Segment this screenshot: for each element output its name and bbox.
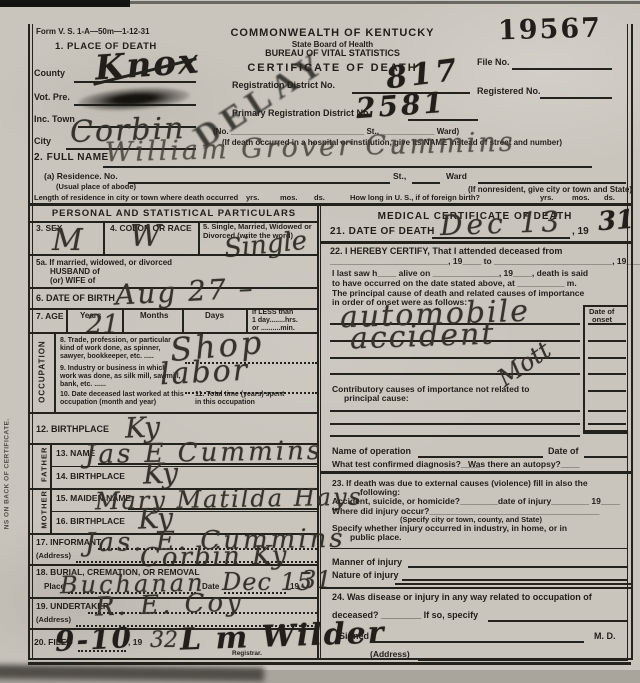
dob-label: 6. DATE OF BIRTH [36, 293, 115, 303]
form-number: Form V. S. 1-A—50m—1-12-31 [36, 27, 150, 36]
scan-edge-mark [0, 0, 130, 7]
filed-value: 9-10 [54, 624, 133, 656]
row-line [50, 511, 317, 512]
filed-year-value: 32 [150, 630, 178, 652]
mos-label-2: mos. [572, 194, 590, 203]
thin-line [330, 548, 628, 549]
occupation-side-label: OCCUPATION [37, 327, 46, 417]
father-name-value: Jas E Cummins [85, 438, 324, 468]
contributory-line [330, 435, 580, 437]
cell-line [66, 308, 68, 332]
heavy-line [320, 241, 631, 244]
wife-of-label: (or) WIFE of [50, 276, 95, 285]
row-line [50, 466, 317, 467]
undertaker-value: R. E. Coy [95, 589, 245, 620]
file-no-line [512, 68, 612, 70]
if-less-label-1: If LESS than [252, 309, 293, 317]
manner-line [408, 566, 628, 568]
md-address-line [418, 659, 628, 661]
undertaker-address-label: (Address) [36, 616, 71, 625]
burial-year-printed: 19 [290, 582, 299, 591]
contributory-label-2: principal cause: [344, 394, 409, 404]
onset-box-left [583, 305, 585, 432]
row-line [30, 412, 318, 414]
mother-side-label: MOTHER [41, 481, 50, 537]
operation-label: Name of operation [332, 446, 411, 456]
row-line [30, 254, 318, 256]
operation-line [418, 456, 543, 458]
file-no-label: File No. [477, 57, 510, 67]
signed-label: (Signed [336, 631, 369, 641]
ds-label-1: ds. [314, 194, 325, 203]
onset-line [588, 340, 626, 342]
manner-label: Manner of injury [332, 557, 402, 567]
test-label: What test confirmed diagnosis?____ [332, 460, 480, 470]
external-line-7: public place. [350, 533, 402, 543]
cell-line [103, 221, 105, 254]
yrs-label-2: yrs. [540, 194, 553, 203]
filed-year-printed: , 19 [128, 638, 142, 648]
occupation-question-2: deceased? ________ If so, specify [332, 610, 478, 620]
operation-date-line [584, 456, 628, 458]
autopsy-label: Was there an autopsy?____ [468, 460, 580, 470]
length-residence-label: Length of residence in city or town wher… [34, 194, 238, 203]
months-label: Months [140, 311, 168, 320]
nature-line [402, 579, 628, 581]
birthplace-label: 12. BIRTHPLACE [36, 424, 109, 434]
husband-of-label: HUSBAND of [50, 267, 100, 276]
specify-line [488, 620, 628, 622]
margin-note: NS ON BACK OF CERTIFICATE. [3, 409, 10, 539]
street-label: St., [393, 172, 406, 182]
dob-value: Aug 27 – [114, 274, 255, 309]
color-race-value: W [130, 222, 161, 252]
age-label: 7. AGE [36, 312, 64, 322]
city-label: City [34, 136, 51, 146]
death-certificate-scan: NS ON BACK OF CERTIFICATE. Form V. S. 1-… [0, 0, 640, 683]
scan-edge-line [130, 1, 640, 4]
precinct-label: Vot. Pre. [34, 92, 70, 102]
yrs-label-1: yrs. [246, 194, 259, 203]
md-address-label: (Address) [370, 650, 410, 660]
cause-value-2: accident [350, 319, 496, 354]
heavy-line [320, 471, 631, 474]
onset-line [588, 410, 626, 412]
mother-birthplace-label: 16. BIRTHPLACE [56, 517, 125, 527]
md-label: M. D. [594, 631, 616, 641]
ward-line-short [412, 182, 440, 184]
residence-line [128, 182, 390, 184]
double-line-1 [395, 583, 631, 585]
registered-no-line [540, 97, 612, 99]
mos-label-1: mos. [280, 194, 298, 203]
days-label: Days [205, 311, 224, 320]
last-worked-label: 10. Date deceased last worked at this oc… [60, 391, 188, 407]
serial-number-stamp: 19567 [498, 13, 603, 47]
full-name-label: 2. FULL NAME [34, 152, 109, 164]
scan-bottom-shade [0, 670, 640, 683]
certify-line-1: 22. I HEREBY CERTIFY, That I attended de… [330, 246, 562, 256]
informant-address-label: (Address) [36, 552, 71, 561]
registered-no-label: Registered No. [477, 86, 541, 96]
operation-date-label: Date of [548, 446, 579, 456]
prim-district-value: 2581 [355, 89, 447, 123]
ink-blot [77, 84, 190, 114]
occupation-question-1: 24. Was disease or injury in any way rel… [332, 592, 592, 602]
commonwealth-title: COMMONWEALTH OF KENTUCKY [205, 27, 460, 40]
abode-note: (Usual place of abode) [56, 183, 136, 192]
ward-line [478, 182, 626, 184]
onset-box-bottom [583, 430, 628, 434]
nature-label: Nature of injury [332, 570, 399, 580]
mother-name-value: Mary Matilda Hays [95, 485, 363, 514]
county-label: County [34, 68, 65, 78]
contributory-line [330, 423, 580, 425]
father-birthplace-label: 14. BIRTHPLACE [56, 472, 125, 482]
onset-line [588, 357, 626, 359]
ward-label: Ward [446, 172, 467, 182]
cause-line [330, 373, 580, 375]
age-value: 21 [86, 312, 119, 338]
occupation-divider [54, 332, 56, 412]
contributory-line [330, 410, 580, 412]
onset-line [588, 423, 626, 425]
dod-year-value: 31 [597, 207, 635, 235]
border-right-outer [631, 24, 633, 660]
how-long-label: How long in U. S., if of foreign birth? [350, 194, 480, 203]
sex-value: M [52, 226, 83, 256]
cause-scribble: Mott [493, 337, 555, 390]
signed-line [372, 641, 584, 643]
personal-section-title: PERSONAL AND STATISTICAL PARTICULARS [30, 209, 318, 220]
border-bottom-outer [28, 662, 631, 665]
ds-label-2: ds. [604, 194, 615, 203]
onset-line [588, 373, 626, 375]
industry-value: labor [159, 356, 250, 391]
married-to-label: 5a. If married, widowed, or divorced [36, 258, 172, 267]
double-line-2 [320, 587, 631, 589]
marital-value: Single [223, 228, 308, 263]
date-of-death-label: 21. DATE OF DEATH [330, 226, 435, 238]
date-of-death-value: Dec 13 [440, 208, 564, 240]
father-birthplace-value: Ky [143, 459, 179, 488]
dod-year-printed: , 19 [572, 226, 589, 238]
cell-line [122, 308, 124, 332]
cell-line [198, 221, 200, 254]
onset-line [588, 323, 626, 325]
cell-line [182, 308, 184, 332]
total-time-label: 11. Total time (years) spent in this occ… [195, 391, 287, 407]
border-right-inner [627, 24, 628, 660]
row-line [30, 564, 318, 566]
certify-line-2: _________________________, 19____ to ___… [330, 257, 640, 267]
onset-line [588, 390, 626, 392]
residence-label: (a) Residence. No. [44, 172, 118, 182]
registrar-label: Registrar. [232, 650, 262, 657]
